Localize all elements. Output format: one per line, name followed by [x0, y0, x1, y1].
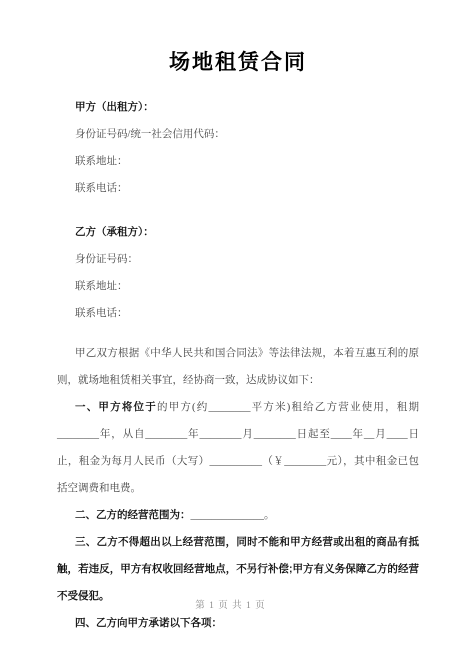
contract-page: 场地租赁合同 甲方（出租方）： 身份证号码/统一社会信用代码：联系地址：联系电话…	[0, 0, 461, 653]
clause-text: ______________。	[191, 510, 275, 521]
clause-lead: 一、甲方将位于	[75, 401, 157, 413]
preamble-paragraph: 甲乙双方根据《中华人民共和国合同法》等法律法规，本着互惠互利的原则，就场地租赁相…	[57, 340, 419, 394]
party-a-block: 甲方（出租方）： 身份证号码/统一社会信用代码：联系地址：联系电话：	[57, 94, 419, 202]
clause-paragraph: 四、乙方向甲方承诺以下各项：	[57, 610, 419, 637]
field-label: 联系电话：	[57, 300, 419, 327]
page-number-footer: 第 1 页 共 1 页	[0, 597, 461, 611]
party-b-block: 乙方（承租方）： 身份证号码：联系地址：联系电话：	[57, 219, 419, 327]
party-b-fields: 身份证号码：联系地址：联系电话：	[57, 246, 419, 327]
field-label: 身份证号码：	[57, 246, 419, 273]
clause-lead: 四、乙方向甲方承诺以下各项：	[75, 617, 222, 629]
clause-paragraph: 二、乙方的经营范围为：______________。	[57, 502, 419, 529]
clause-text: 的甲方(约________平方米)租给乙方营业使用，租期________年，从自…	[57, 402, 419, 494]
party-a-heading: 甲方（出租方）：	[57, 94, 419, 121]
field-label: 联系地址：	[57, 148, 419, 175]
clause-paragraph: 一、甲方将位于的甲方(约________平方米)租给乙方营业使用，租期_____…	[57, 394, 419, 502]
field-label: 身份证号码/统一社会信用代码：	[57, 121, 419, 148]
field-label: 联系地址：	[57, 273, 419, 300]
clause-lead: 二、乙方的经营范围为：	[75, 509, 191, 521]
party-a-fields: 身份证号码/统一社会信用代码：联系地址：联系电话：	[57, 121, 419, 202]
clause-lead: 三、乙方不得超出以上经营范围，同时不能和甲方经营或出租的商品有抵触，若违反，甲方…	[57, 536, 419, 602]
field-label: 联系电话：	[57, 175, 419, 202]
document-title: 场地租赁合同	[57, 48, 419, 78]
party-b-heading: 乙方（承租方）：	[57, 219, 419, 246]
